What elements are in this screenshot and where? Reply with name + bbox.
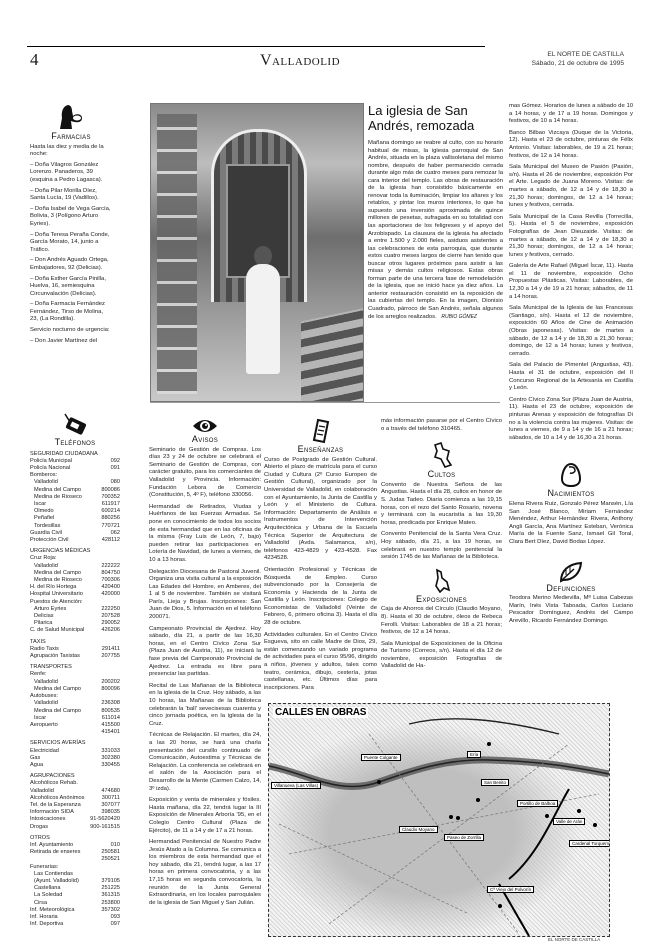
phone-label: Guardia Civil — [30, 530, 62, 537]
phone-row: Valladolid236308 — [30, 700, 120, 707]
photo-pews — [301, 307, 364, 402]
phone-label: Delicias — [34, 613, 54, 620]
farmacias-section: Farmacias Hasta las diez y media de la n… — [30, 103, 112, 348]
cultos-section: más información pasarse por el Centro Cí… — [381, 418, 502, 675]
defunciones-title: Defunciones — [509, 585, 633, 593]
cultos-intro: más información pasarse por el Centro Cí… — [381, 418, 502, 433]
phone-row: Las Contiendas — [30, 871, 120, 878]
phone-row: Puestos de Atención: — [30, 599, 120, 606]
phone-row: Hospital Universitario420000 — [30, 591, 120, 598]
exposiciones-title: Exposiciones — [381, 596, 502, 604]
phone-number: 207755 — [101, 653, 120, 660]
map-works-marker — [456, 816, 460, 820]
map-street-label: San Benito — [481, 779, 509, 786]
defunciones-text: Teodora Merino Medievilla, Mª Luisa Cabe… — [509, 595, 633, 625]
phone-row: (Ayunt. Valladolid)379105 — [30, 878, 120, 885]
ensenanza-entry: Orientación Profesional y Técnicas de Bú… — [264, 567, 377, 628]
phone-row: Valladolid200202 — [30, 679, 120, 686]
phone-number: 800096 — [101, 686, 120, 693]
statue-icon — [432, 568, 452, 594]
phone-number: 080 — [111, 479, 120, 486]
farmacia-entry: – Doña Vilagros González Lorenzo. Panade… — [30, 162, 112, 185]
farmacia-entry: – Doña Isabel de Vega García, Bolivia, 3… — [30, 206, 112, 229]
nacimientos-title: Nacimientos — [509, 490, 633, 498]
phone-row: Agua330455 — [30, 762, 120, 769]
article-body: Mañana domingo se reabre al culto, con s… — [368, 140, 503, 321]
phone-number: 357302 — [101, 907, 120, 914]
avisos-section: Avisos Seminario de Gestión de Compras. … — [149, 418, 261, 911]
phone-row: La Soledad361315 — [30, 892, 120, 899]
phone-label: Inf. Deportiva — [30, 921, 63, 928]
phone-number: 097 — [111, 921, 120, 928]
phone-number: 236308 — [101, 700, 120, 707]
phone-number: 474680 — [101, 788, 120, 795]
phone-number: 379105 — [101, 878, 120, 885]
phone-label: Agrupación Taxistas — [30, 653, 80, 660]
phone-label: Iscar — [34, 501, 46, 508]
phone-row: Medina de Rioseco700306 — [30, 577, 120, 584]
phone-row: Inf. Meteorológica357302 — [30, 907, 120, 914]
map-works-marker — [377, 780, 381, 784]
map-works-marker — [449, 815, 453, 819]
map-street-label: Paseo de Zorrilla — [444, 834, 484, 841]
phone-label: Inf. Ayuntamiento — [30, 842, 73, 849]
phone-number: 900-161515 — [90, 824, 120, 831]
farmacias-service-label: Servicio nocturno de urgencia: — [30, 327, 112, 335]
phone-label: Agua — [30, 762, 43, 769]
phone-row: Electricidad331033 — [30, 748, 120, 755]
phone-row: Retirada de enseres250581 — [30, 849, 120, 856]
cultos-list: Convento de Nuestra Señora de las Angust… — [381, 482, 502, 562]
phone-row: Policía Nacional091 — [30, 465, 120, 472]
phone-row: Guardia Civil062 — [30, 530, 120, 537]
phone-number: 428112 — [102, 537, 120, 544]
page-number: 4 — [30, 50, 39, 70]
farmacias-service-entry: – Don Javier Martínez del — [30, 338, 112, 346]
eye-icon — [192, 418, 218, 434]
phone-number: 250521 — [101, 856, 120, 863]
phone-label: Bomberos: — [30, 472, 57, 479]
phone-number: 700352 — [101, 494, 120, 501]
phone-number: 302380 — [101, 755, 120, 762]
phone-row: Alcohólicos Anónimos300711 — [30, 795, 120, 802]
phone-label: Cirsa — [34, 900, 47, 907]
photo-priest-head — [254, 246, 272, 266]
book-icon — [312, 418, 330, 444]
pharmacist-icon — [58, 103, 84, 131]
phone-number: 222250 — [101, 606, 120, 613]
phone-number: 804750 — [101, 570, 120, 577]
phone-label: Policía Municipal — [30, 458, 72, 465]
phone-number: 415500 — [101, 722, 120, 729]
exhibition-entry: mas Gómez. Horarios de lunes a sábado de… — [509, 103, 633, 126]
phone-label: Tel. de la Esperanza — [30, 802, 81, 809]
phone-number: 331033 — [101, 748, 120, 755]
avisos-title: Avisos — [149, 436, 261, 444]
phone-label: Pilarica — [34, 620, 52, 627]
photo-priest — [246, 264, 280, 374]
phone-group-heading: AGRUPACIONES — [30, 773, 120, 780]
phone-number: 880256 — [101, 515, 120, 522]
phone-number: 398035 — [101, 809, 120, 816]
phone-label: Alcohólicos Rehab. — [30, 780, 78, 787]
aviso-entry: Seminario de Gestión de Compras. Los día… — [149, 447, 261, 500]
map-works-marker — [545, 814, 549, 818]
phone-number: 251225 — [101, 885, 120, 892]
phone-label: Radio Taxis — [30, 646, 59, 653]
phone-label: Olmedo — [34, 508, 54, 515]
phone-number: 420000 — [101, 591, 120, 598]
phone-label: Valladolid — [34, 700, 58, 707]
exhibition-entry: Galería de Arte Rafael (Miguel Íscar, 11… — [509, 263, 633, 301]
masthead: EL NORTE DE CASTILLA Sábado, 21 de octub… — [490, 50, 624, 68]
phone-number: 207528 — [101, 613, 120, 620]
phone-row: Renfe: — [30, 671, 120, 678]
farmacia-entry: – Doña Teresa Peraña Conde, García Morat… — [30, 232, 112, 255]
telefonos-list: SEGURIDAD CIUDADANAPolicía Municipal092P… — [30, 451, 120, 929]
nacimientos-text: Elena Rivera Ruiz, Gonzalo Pérez Mansén,… — [509, 501, 633, 547]
map-works-marker — [593, 823, 597, 827]
phone-row: H. del Río Hortega420400 — [30, 584, 120, 591]
phone-number: 300711 — [102, 795, 120, 802]
phone-row: Iscar611917 — [30, 501, 120, 508]
phone-label: Medina del Campo — [34, 686, 81, 693]
exhibition-entry: Caja de Ahorros del Círculo (Claudio Moy… — [381, 606, 502, 636]
phone-label: Retirada de enseres — [30, 849, 80, 856]
ensenanza-entry: Actividades culturales. En el Centro Cív… — [264, 632, 377, 693]
photo-credit: RUBIO GÓMEZ — [441, 314, 477, 320]
phone-number: 415401 — [101, 729, 120, 736]
phone-row: Policía Municipal092 — [30, 458, 120, 465]
phone-label: Intoxicaciones — [30, 816, 65, 823]
phone-label: Tordesillas — [34, 523, 60, 530]
phone-number: 250581 — [101, 849, 120, 856]
exhibition-entry: Sala Municipal de la Iglesia de las Fran… — [509, 305, 633, 358]
culto-entry: Convento de Nuestra Señora de las Angust… — [381, 482, 502, 528]
phone-label: Inf. Meteorológica — [30, 907, 74, 914]
church-icon — [431, 441, 453, 469]
farmacias-title: Farmacias — [30, 133, 112, 141]
street-works-map: CALLES EN OBRAS Puente ColganteEríaVilla… — [268, 703, 610, 937]
aviso-entry: Campeonato Provincial de Ajedrez. Hoy sá… — [149, 626, 261, 679]
exposiciones-continued-list: mas Gómez. Horarios de lunes a sábado de… — [509, 103, 633, 442]
map-street-label: Villanueva (Las Villas) — [271, 782, 321, 789]
phone-label: Castellana — [34, 885, 60, 892]
phone-number: 361315 — [101, 892, 120, 899]
farmacia-entry: – Don Andrés Aguado Ortega, Embajadores,… — [30, 257, 112, 272]
phone-row: Castellana251225 — [30, 885, 120, 892]
ensenanza-entry: Curso de Postgrado de Gestión Cultural. … — [264, 457, 377, 563]
phone-number: 290052 — [101, 620, 120, 627]
publication-name: EL NORTE DE CASTILLA — [490, 50, 624, 59]
ensenanzas-section: Enseñanzas Curso de Postgrado de Gestión… — [264, 418, 377, 696]
leaf-icon — [558, 561, 584, 583]
phone-row: Delicias207528 — [30, 613, 120, 620]
phone-label: Información SIDA — [30, 809, 74, 816]
phone-label: C. de Salud Municipal — [30, 627, 84, 634]
phone-label: Protección Civil — [30, 537, 69, 544]
phone-row: Alcohólicos Rehab. — [30, 780, 120, 787]
phone-label: Cruz Roja: — [30, 555, 56, 562]
map-street-label: Cª Viejo del Polvorín — [487, 886, 534, 893]
culto-entry: Convento Penitencial de la Santa Vera Cr… — [381, 531, 502, 561]
phone-row: Olmedo600214 — [30, 508, 120, 515]
farmacias-intro: Hasta las diez y media de la noche: — [30, 144, 112, 159]
phone-label: Medina de Rioseco — [34, 577, 82, 584]
exposiciones-list: Caja de Ahorros del Círculo (Claudio Moy… — [381, 606, 502, 671]
exposiciones-continued: mas Gómez. Horarios de lunes a sábado de… — [509, 103, 633, 629]
photo-scaffold — [157, 114, 197, 394]
phone-label: Gas — [30, 755, 40, 762]
phone-group-heading: TAXIS — [30, 639, 120, 646]
section-title: Valladolid — [200, 52, 400, 70]
farmacia-entry: – Doña Pilar Morilla Díez, Santa Lucía, … — [30, 188, 112, 203]
phone-number: 611014 — [102, 715, 120, 722]
phone-row: Valladolid474680 — [30, 788, 120, 795]
telefonos-title: Teléfonos — [30, 439, 120, 447]
phone-row: 250521 — [30, 856, 120, 863]
phone-number: 093 — [111, 914, 120, 921]
phone-row: Gas302380 — [30, 755, 120, 762]
aviso-entry: Recital de Las Mañanas de la Biblioteca … — [149, 683, 261, 729]
phone-label: Valladolid — [34, 479, 58, 486]
phone-row: C. de Salud Municipal426206 — [30, 627, 120, 634]
phone-label: Medina del Campo — [34, 487, 81, 494]
phone-number: 800535 — [101, 708, 120, 715]
phone-number: 770721 — [101, 523, 120, 530]
exhibition-entry: Banco Bilbao Vizcaya (Duque de la Victor… — [509, 130, 633, 160]
farmacia-entry: – Doña Farmacia Fernández Fernández, Tir… — [30, 301, 112, 324]
map-street-label: Ería — [467, 751, 481, 758]
phone-row: Drogas900-161515 — [30, 824, 120, 831]
phone-row: Tel. de la Esperanza307077 — [30, 802, 120, 809]
phone-label: Funerarias: — [30, 864, 58, 871]
ensenanzas-title: Enseñanzas — [264, 446, 377, 454]
phone-row: Valladolid222222 — [30, 563, 120, 570]
phone-label: Alcohólicos Anónimos — [30, 795, 84, 802]
phone-label: (Ayunt. Valladolid) — [34, 878, 79, 885]
phone-label: Hospital Universitario — [30, 591, 83, 598]
phone-row: Información SIDA398035 — [30, 809, 120, 816]
map-works-marker — [487, 742, 491, 746]
map-credit: EL NORTE DE CASTILLA — [548, 937, 600, 942]
phone-row: Agrupación Taxistas207755 — [30, 653, 120, 660]
phone-row: Aeropuerto415500 — [30, 722, 120, 729]
cultos-title: Cultos — [381, 471, 502, 479]
aviso-entry: Hermandad de Retirados, Viudas y Huérfan… — [149, 504, 261, 565]
telephone-icon — [61, 413, 89, 437]
phone-group-heading: OTROS — [30, 835, 120, 842]
farmacias-list: – Doña Vilagros González Lorenzo. Panade… — [30, 162, 112, 324]
phone-group-heading: URGENCIAS MÉDICAS — [30, 548, 120, 555]
exhibition-entry: Sala Municipal de Exposiciones de la Ofi… — [381, 641, 502, 671]
phone-number: 330455 — [101, 762, 120, 769]
egg-icon — [560, 462, 582, 488]
phone-row: Inf. Ayuntamiento010 — [30, 842, 120, 849]
phone-number: 420400 — [101, 584, 120, 591]
phone-label: Arturo Eyries — [34, 606, 66, 613]
church-interior-photo — [150, 103, 364, 402]
phone-label: Medina de Rioseco — [34, 494, 82, 501]
aviso-entry: Técnicas de Relajación. El martes, día 2… — [149, 732, 261, 793]
phone-label: Autobuses: — [30, 693, 58, 700]
phone-label: La Soledad — [34, 892, 62, 899]
phone-row: Intoxicaciones91-5620420 — [30, 816, 120, 823]
phone-label: Aeropuerto — [30, 722, 58, 729]
phone-row: Peñafiel880256 — [30, 515, 120, 522]
aviso-entry: Hermandad Penitencial de Nuestro Padre J… — [149, 839, 261, 907]
map-title: CALLES EN OBRAS — [273, 707, 368, 718]
phone-number: 611917 — [102, 501, 120, 508]
phone-row: Cruz Roja: — [30, 555, 120, 562]
phone-label: Valladolid — [34, 563, 58, 570]
phone-number: 010 — [111, 842, 120, 849]
phone-row: Inf. Deportiva097 — [30, 921, 120, 928]
phone-label: Iscar — [34, 715, 46, 722]
publication-date: Sábado, 21 de octubre de 1995 — [490, 59, 624, 68]
phone-number: 200202 — [101, 679, 120, 686]
phone-group-heading: SEGURIDAD CIUDADANA — [30, 451, 120, 458]
phone-row: Bomberos: — [30, 472, 120, 479]
phone-row: Protección Civil428112 — [30, 537, 120, 544]
phone-label: Puestos de Atención: — [30, 599, 83, 606]
phone-row: Pilarica290052 — [30, 620, 120, 627]
telefonos-section: Teléfonos SEGURIDAD CIUDADANAPolicía Mun… — [30, 413, 120, 928]
phone-row: Medina de Rioseco700352 — [30, 494, 120, 501]
phone-row: Cirsa253800 — [30, 900, 120, 907]
exhibition-entry: Centro Cívico Zona Sur (Plaza Juan de Au… — [509, 397, 633, 443]
phone-label: Renfe: — [30, 671, 46, 678]
phone-number: 062 — [111, 530, 120, 537]
avisos-list: Seminario de Gestión de Compras. Los día… — [149, 447, 261, 908]
phone-number: 700306 — [101, 577, 120, 584]
exhibition-entry: Sala Municipal de la Casa Revilla (Torre… — [509, 214, 633, 260]
aviso-entry: Exposición y venta de minerales y fósile… — [149, 797, 261, 835]
phone-label: Valladolid — [30, 788, 54, 795]
phone-label: Valladolid — [34, 679, 58, 686]
farmacia-entry: – Doña Esther García Pinilla, Huelva, 16… — [30, 276, 112, 299]
phone-number: 253800 — [101, 900, 120, 907]
header-rule — [27, 46, 485, 47]
phone-number: 092 — [111, 458, 120, 465]
map-street-label: Puente Colgante — [361, 754, 401, 761]
section-divider — [150, 402, 500, 403]
phone-row: Medina del Campo800535 — [30, 708, 120, 715]
phone-label: Electricidad — [30, 748, 59, 755]
phone-group-heading: SERVICIOS AVERÍAS — [30, 740, 120, 747]
phone-label: Inf. Horaria — [30, 914, 58, 921]
phone-row: Iscar611014 — [30, 715, 120, 722]
phone-row: Funerarias: — [30, 864, 120, 871]
phone-label: Medina del Campo — [34, 708, 81, 715]
phone-label: Las Contiendas — [34, 871, 73, 878]
phone-row: Arturo Eyries222250 — [30, 606, 120, 613]
phone-number: 307077 — [101, 802, 120, 809]
exhibition-entry: Sala Municipal del Museo de Pasión (Pasi… — [509, 164, 633, 210]
phone-label: H. del Río Hortega — [30, 584, 76, 591]
article-text: Mañana domingo se reabre al culto, con s… — [368, 140, 503, 320]
phone-row: 415401 — [30, 729, 120, 736]
phone-row: Valladolid080 — [30, 479, 120, 486]
phone-number: 291411 — [102, 646, 120, 653]
phone-label: Medina del Campo — [34, 570, 81, 577]
map-works-marker — [577, 809, 581, 813]
phone-row: Autobuses: — [30, 693, 120, 700]
phone-row: Medina del Campo800086 — [30, 487, 120, 494]
map-street-label: Claudio Moyano — [399, 826, 438, 833]
phone-number: 800086 — [101, 487, 120, 494]
phone-label: Policía Nacional — [30, 465, 70, 472]
map-street-label: Valle de Arán — [553, 818, 585, 825]
phone-number: 600214 — [101, 508, 120, 515]
phone-number: 91-5620420 — [90, 816, 120, 823]
phone-label: Peñafiel — [34, 515, 54, 522]
phone-number: 222222 — [101, 563, 120, 570]
phone-number: 426206 — [101, 627, 120, 634]
phone-row: Tordesillas770721 — [30, 523, 120, 530]
phone-row: Medina del Campo800096 — [30, 686, 120, 693]
map-works-marker — [476, 798, 480, 802]
ensenanzas-list: Curso de Postgrado de Gestión Cultural. … — [264, 457, 377, 693]
phone-number: 091 — [111, 465, 120, 472]
phone-row: Inf. Horaria093 — [30, 914, 120, 921]
exhibition-entry: Sala del Palacio de Pimentel (Angustias,… — [509, 362, 633, 392]
phone-label: Drogas — [30, 824, 48, 831]
map-street-label: Cardenal Torquemada — [569, 840, 610, 847]
map-works-marker — [498, 904, 502, 908]
map-street-label: Portillo de Balboa — [517, 800, 558, 807]
article-headline: La iglesia de San Andrés, remozada — [368, 103, 503, 133]
phone-row: Medina del Campo804750 — [30, 570, 120, 577]
phone-group-heading: TRANSPORTES — [30, 664, 120, 671]
phone-row: Radio Taxis291411 — [30, 646, 120, 653]
aviso-entry: Delegación Diocesana de Pastoral Juvenil… — [149, 569, 261, 622]
